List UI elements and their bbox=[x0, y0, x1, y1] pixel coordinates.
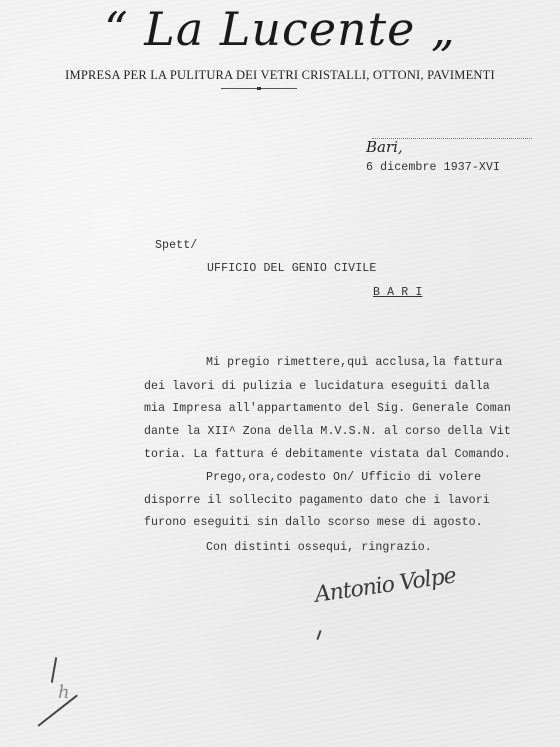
margin-mark-stroke bbox=[51, 657, 57, 683]
recipient-salutation: Spett/ bbox=[155, 239, 197, 252]
body-line: mia Impresa all'appartamento del Sig. Ge… bbox=[144, 402, 511, 415]
body-line: dante la XII^ Zona della M.V.S.N. al cor… bbox=[144, 425, 511, 438]
handwritten-signature: Antonio Volpe bbox=[313, 563, 457, 607]
body-line: dei lavori di pulizia e lucidatura esegu… bbox=[144, 380, 490, 393]
dateline-date: 6 dicembre 1937-XVI bbox=[366, 161, 500, 174]
letterhead-brand-name: “ La Lucente „ bbox=[0, 2, 560, 56]
closing-line: Con distinti ossequi, ringrazio. bbox=[206, 541, 432, 554]
letterhead-tagline: IMPRESA PER LA PULITURA DEI VETRI CRISTA… bbox=[0, 68, 560, 83]
letterhead-divider bbox=[221, 88, 297, 89]
body-line: disporre il sollecito pagamento dato che… bbox=[144, 494, 490, 507]
pen-stroke bbox=[316, 630, 321, 640]
body-line: Prego,ora,codesto On/ Ufficio di volere bbox=[206, 471, 481, 484]
dateline-dotted-rule bbox=[372, 138, 532, 139]
dateline-place: Bari, bbox=[366, 138, 403, 156]
body-line: toria. La fattura é debitamente vistata … bbox=[144, 448, 511, 461]
body-line: furono eseguiti sin dallo scorso mese di… bbox=[144, 516, 483, 529]
body-line: Mi pregio rimettere,quì acclusa,la fattu… bbox=[206, 356, 502, 369]
recipient-city: B A R I bbox=[373, 286, 422, 299]
dateline: Bari, 6 dicembre 1937-XVI bbox=[350, 120, 500, 193]
recipient-office: UFFICIO DEL GENIO CIVILE bbox=[207, 262, 376, 275]
